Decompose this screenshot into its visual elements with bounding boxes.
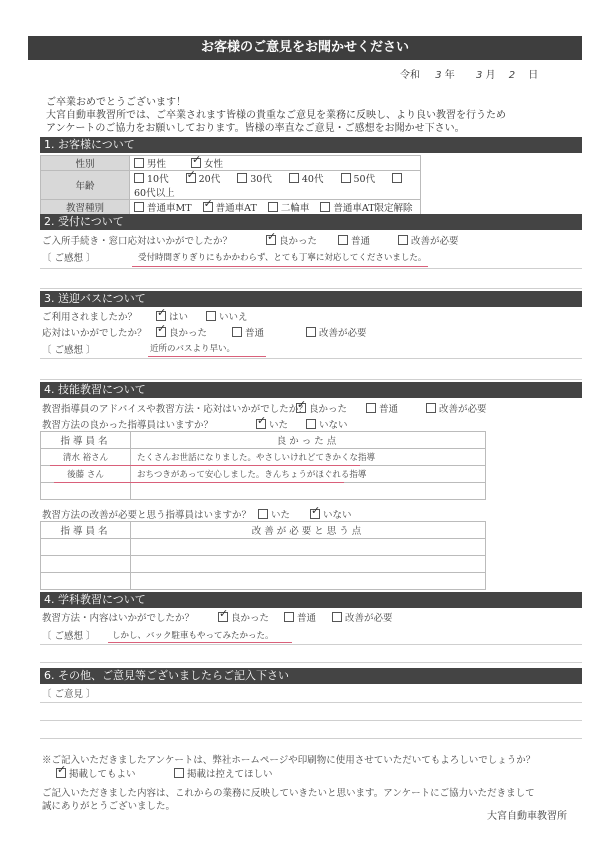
comment-line[interactable] bbox=[40, 720, 582, 721]
comment-line[interactable] bbox=[40, 738, 582, 739]
improvement-point[interactable] bbox=[131, 539, 486, 556]
page-title: お客様のご意見をお聞かせください bbox=[28, 36, 582, 60]
option-40s[interactable]: 40代 bbox=[289, 174, 324, 185]
checkbox-checked-icon bbox=[310, 509, 320, 519]
checkbox-icon bbox=[332, 612, 342, 622]
checkbox-icon bbox=[134, 158, 144, 168]
option-10s[interactable]: 10代 bbox=[134, 174, 169, 185]
checkbox-icon bbox=[258, 509, 268, 519]
intro-text: ご卒業おめでとうございます！ 大宮自動車教習所では、ご卒業されます皆様の貴重なご… bbox=[46, 96, 586, 135]
divider bbox=[40, 288, 582, 289]
closing-line: ご記入いただきました内容は、これからの業務に反映していきたいと思います。アンケー… bbox=[42, 785, 535, 799]
option-needs-improvement[interactable]: 改善が必要 bbox=[332, 610, 393, 624]
option-good[interactable]: 良かった bbox=[296, 401, 347, 415]
bus-comment-label: 〔 ご感想 〕 bbox=[42, 342, 96, 356]
table-row bbox=[41, 483, 486, 500]
option-no-wasnt[interactable]: いない bbox=[310, 507, 352, 521]
option-20s[interactable]: 20代 bbox=[186, 174, 221, 185]
date-day[interactable]: 2 bbox=[509, 70, 515, 81]
option-50s[interactable]: 50代 bbox=[341, 174, 376, 185]
course-label: 教習種別 bbox=[41, 200, 130, 215]
improvement-point[interactable] bbox=[131, 556, 486, 573]
option-needs-improvement[interactable]: 改善が必要 bbox=[306, 325, 367, 339]
divider bbox=[40, 268, 582, 269]
option-good[interactable]: 良かった bbox=[266, 233, 317, 247]
checkbox-icon bbox=[174, 768, 184, 778]
date-month-unit: 月 bbox=[486, 66, 496, 81]
checkbox-icon bbox=[306, 327, 316, 337]
gender-label: 性別 bbox=[41, 156, 130, 171]
option-at[interactable]: 普通車AT bbox=[203, 203, 257, 214]
checkbox-checked-icon bbox=[256, 419, 266, 429]
good-point[interactable]: たくさんお世話になりました。やさしいけれどてきかくな指導 bbox=[131, 449, 486, 466]
option-normal[interactable]: 普通 bbox=[366, 401, 398, 415]
course-row: 教習種別 普通車MT 普通車AT 二輪車 普通車AT限定解除 bbox=[41, 200, 421, 215]
date-year-unit: 年 bbox=[445, 66, 455, 81]
checkbox-icon bbox=[306, 419, 316, 429]
table-row bbox=[41, 573, 486, 590]
table-row: 清水 裕さん たくさんお世話になりました。やさしいけれどてきかくな指導 bbox=[41, 449, 486, 466]
question-text: ご利用されましたか？ bbox=[42, 312, 137, 323]
reception-comment[interactable]: 受付時間ぎりぎりにもかかわらず、とても丁寧に対応してくださいました。 bbox=[138, 251, 426, 263]
table-row bbox=[41, 539, 486, 556]
checkbox-icon bbox=[206, 311, 216, 321]
date-era: 令和 bbox=[400, 66, 420, 81]
section-heading-customer: 1. お客様について bbox=[40, 137, 582, 153]
gender-row: 性別 男性 女性 bbox=[41, 156, 421, 171]
column-header: 指導員名 bbox=[41, 522, 131, 539]
question-text: 教習方法・内容はいかがでしたか？ bbox=[42, 613, 194, 624]
classroom-comment-label: 〔 ご感想 〕 bbox=[42, 628, 96, 642]
option-needs-improvement[interactable]: 改善が必要 bbox=[398, 233, 459, 247]
classroom-comment[interactable]: しかし、バック駐車もやってみたかった。 bbox=[112, 629, 274, 641]
option-male[interactable]: 男性 bbox=[134, 159, 166, 170]
option-female[interactable]: 女性 bbox=[191, 159, 223, 170]
good-point[interactable]: おちつきがあって安心しました。きんちょうがほぐれる指導 bbox=[131, 466, 486, 483]
checkbox-checked-icon bbox=[218, 612, 228, 622]
divider bbox=[40, 358, 582, 359]
checkbox-icon bbox=[237, 173, 247, 183]
question-text: 応対はいかがでしたか？ bbox=[42, 328, 147, 339]
checkbox-icon bbox=[289, 173, 299, 183]
consent-options: 掲載してもよい 掲載は控えてほしい bbox=[56, 766, 136, 780]
option-normal[interactable]: 普通 bbox=[284, 610, 316, 624]
other-comment-label: 〔 ご意見 〕 bbox=[42, 686, 96, 700]
checkbox-checked-icon bbox=[203, 202, 213, 212]
improvement-point[interactable] bbox=[131, 573, 486, 590]
closing-line: 誠にありがとうございました。 bbox=[42, 798, 175, 812]
table-header: 指導員名 良かった点 bbox=[41, 432, 486, 449]
highlight-underline bbox=[50, 465, 360, 466]
checkbox-icon bbox=[134, 173, 144, 183]
checkbox-icon bbox=[232, 327, 242, 337]
highlight-underline bbox=[108, 642, 292, 643]
column-header: 改善が必要と思う点 bbox=[131, 522, 486, 539]
checkbox-checked-icon bbox=[266, 235, 276, 245]
option-normal[interactable]: 普通 bbox=[338, 233, 370, 247]
section-heading-driving: 4. 技能教習について bbox=[40, 382, 582, 398]
checkbox-icon bbox=[268, 202, 278, 212]
option-needs-improvement[interactable]: 改善が必要 bbox=[426, 401, 487, 415]
checkbox-checked-icon bbox=[186, 173, 196, 183]
instructor-name[interactable]: 後藤 さん bbox=[41, 466, 131, 483]
instructor-name[interactable] bbox=[41, 556, 131, 573]
column-header: 良かった点 bbox=[131, 432, 486, 449]
reception-question-row: ご入所手続き・窓口応対はいかがでしたか？ 良かった 普通 改善が必要 bbox=[42, 233, 232, 247]
checkbox-icon bbox=[134, 202, 144, 212]
highlight-underline bbox=[54, 482, 344, 483]
checkbox-icon bbox=[366, 403, 376, 413]
checkbox-icon bbox=[341, 173, 351, 183]
survey-page: お客様のご意見をお聞かせください 令和 3 年 3 月 2 日 ご卒業おめでとう… bbox=[0, 0, 595, 841]
checkbox-icon bbox=[398, 235, 408, 245]
checkbox-checked-icon bbox=[191, 158, 201, 168]
divider bbox=[40, 662, 582, 663]
section-heading-bus: 3. 送迎バスについて bbox=[40, 291, 582, 307]
organization-name: 大宮自動車教習所 bbox=[487, 807, 567, 822]
good-point[interactable] bbox=[131, 483, 486, 500]
instructor-name[interactable]: 清水 裕さん bbox=[41, 449, 131, 466]
checkbox-checked-icon bbox=[56, 768, 66, 778]
highlight-underline bbox=[132, 266, 428, 267]
bus-used-row: ご利用されましたか？ はい いいえ bbox=[42, 309, 137, 323]
bus-service-row: 応対はいかがでしたか？ 良かった 普通 改善が必要 bbox=[42, 325, 147, 339]
option-yes-was[interactable]: いた bbox=[256, 417, 288, 431]
checkbox-icon bbox=[392, 173, 402, 183]
checkbox-checked-icon bbox=[156, 311, 166, 321]
instructor-name[interactable] bbox=[41, 573, 131, 590]
instructor-name[interactable] bbox=[41, 539, 131, 556]
option-good[interactable]: 良かった bbox=[218, 610, 269, 624]
reception-comment-label: 〔 ご感想 〕 bbox=[42, 250, 96, 264]
checkbox-icon bbox=[426, 403, 436, 413]
option-mt[interactable]: 普通車MT bbox=[134, 203, 192, 214]
question-text: 教習方法の改善が必要と思う指導員はいますか？ bbox=[42, 510, 251, 521]
driving-advice-row: 教習指導員のアドバイスや教習方法・応対はいかがでしたか？ 良かった 普通 改善が… bbox=[42, 401, 308, 415]
good-instructor-row: 教習方法の良かった指導員はいますか？ いた いない bbox=[42, 417, 213, 431]
consent-question: ※ご記入いただきましたアンケートは、弊社ホームページや印刷物に使用させていただい… bbox=[42, 752, 535, 766]
intro-line: ご卒業おめでとうございます！ bbox=[46, 96, 586, 109]
section-heading-reception: 2. 受付について bbox=[40, 214, 582, 230]
question-text: 教習方法の良かった指導員はいますか？ bbox=[42, 420, 213, 431]
option-yes[interactable]: はい bbox=[156, 309, 188, 323]
section-heading-other: 6. その他、ご意見等ございましたらご記入下さい bbox=[40, 668, 582, 684]
date-year[interactable]: 3 bbox=[435, 70, 441, 81]
highlight-underline bbox=[148, 356, 266, 357]
checkbox-icon bbox=[284, 612, 294, 622]
option-normal[interactable]: 普通 bbox=[232, 325, 264, 339]
option-no[interactable]: いいえ bbox=[206, 309, 248, 323]
age-row: 年齢 10代 20代 30代 40代 50代 60代以上 bbox=[41, 171, 421, 200]
instructor-name[interactable] bbox=[41, 483, 131, 500]
table-header: 指導員名 改善が必要と思う点 bbox=[41, 522, 486, 539]
divider bbox=[40, 644, 582, 645]
classroom-question-row: 教習方法・内容はいかがでしたか？ 良かった 普通 改善が必要 bbox=[42, 610, 194, 624]
comment-line[interactable] bbox=[40, 702, 582, 703]
intro-line: 大宮自動車教習所では、ご卒業されます皆様の貴重なご意見を業務に反映し、より良い教… bbox=[46, 109, 586, 122]
bus-comment[interactable]: 近所のバスより早い。 bbox=[150, 342, 235, 354]
option-at-limit-removal[interactable]: 普通車AT限定解除 bbox=[320, 203, 412, 214]
date-month[interactable]: 3 bbox=[476, 70, 482, 81]
customer-info-table: 性別 男性 女性 年齢 10代 20代 30代 40代 50代 60代以上 教習… bbox=[40, 155, 421, 215]
option-good[interactable]: 良かった bbox=[156, 325, 207, 339]
bad-instructor-row: 教習方法の改善が必要と思う指導員はいますか？ いた いない bbox=[42, 507, 251, 521]
question-text: 教習指導員のアドバイスや教習方法・応対はいかがでしたか？ bbox=[42, 404, 308, 415]
option-yes-was[interactable]: いた bbox=[258, 507, 290, 521]
checkbox-checked-icon bbox=[296, 403, 306, 413]
checkbox-checked-icon bbox=[156, 327, 166, 337]
age-label: 年齢 bbox=[41, 171, 130, 200]
checkbox-icon bbox=[338, 235, 348, 245]
divider bbox=[40, 379, 582, 380]
question-text: ご入所手続き・窓口応対はいかがでしたか？ bbox=[42, 236, 232, 247]
column-header: 指導員名 bbox=[41, 432, 131, 449]
date-day-unit: 日 bbox=[528, 66, 538, 81]
option-motorcycle[interactable]: 二輪車 bbox=[268, 203, 310, 214]
table-row bbox=[41, 556, 486, 573]
bad-instructor-table: 指導員名 改善が必要と思う点 bbox=[40, 521, 486, 590]
intro-line: アンケートのご協力をお願いしております。皆様の率直なご意見・ご感想をお聞かせ下さ… bbox=[46, 122, 586, 135]
option-no-wasnt[interactable]: いない bbox=[306, 417, 348, 431]
checkbox-icon bbox=[320, 202, 330, 212]
option-publish-no[interactable]: 掲載は控えてほしい bbox=[174, 766, 273, 780]
date-row: 令和 3 年 3 月 2 日 bbox=[400, 66, 580, 81]
option-publish-ok[interactable]: 掲載してもよい bbox=[56, 769, 136, 780]
option-30s[interactable]: 30代 bbox=[237, 174, 272, 185]
table-row: 後藤 さん おちつきがあって安心しました。きんちょうがほぐれる指導 bbox=[41, 466, 486, 483]
section-heading-classroom: 4. 学科教習について bbox=[40, 592, 582, 608]
